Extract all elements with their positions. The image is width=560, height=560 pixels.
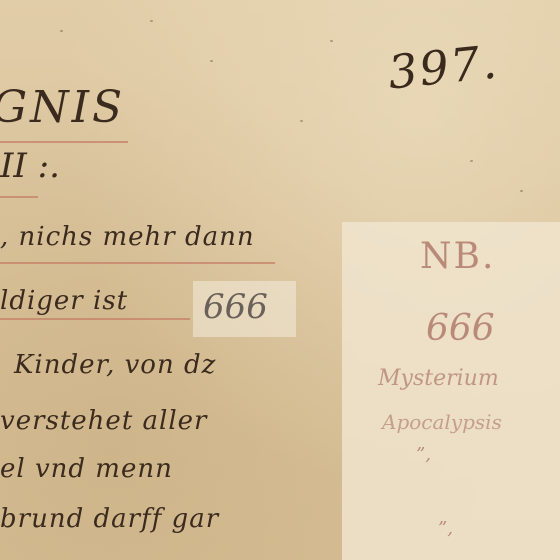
red-underline bbox=[0, 196, 38, 198]
manuscript-page: 397. GNIS II :. , nichs mehr dann ldiger… bbox=[0, 0, 560, 560]
text-line: brund darff gar bbox=[0, 504, 219, 534]
text-line: , nichs mehr dann bbox=[0, 222, 255, 252]
section-subheading: II :. bbox=[0, 146, 60, 186]
section-heading: GNIS bbox=[0, 82, 125, 133]
margin-number: 666 bbox=[426, 308, 495, 349]
inline-annotation-number: 666 bbox=[203, 287, 268, 327]
ditto-mark: ”, bbox=[438, 518, 453, 539]
paper-speck bbox=[300, 120, 303, 122]
margin-annotation-panel: NB. 666 Mysterium Apocalypsis ”, ”, bbox=[342, 222, 560, 560]
text-line: Kinder, von dz bbox=[14, 350, 216, 380]
inline-annotation-highlight: 666 bbox=[193, 281, 296, 337]
red-underline bbox=[0, 141, 128, 143]
paper-speck bbox=[210, 60, 213, 62]
text-line: ldiger ist bbox=[0, 286, 128, 316]
ditto-mark: ”, bbox=[416, 444, 431, 465]
paper-speck bbox=[150, 20, 153, 22]
paper-speck bbox=[330, 40, 333, 42]
paper-speck bbox=[470, 160, 473, 162]
red-underline bbox=[0, 262, 275, 264]
text-line: el vnd menn bbox=[0, 454, 173, 484]
margin-word-mysterium: Mysterium bbox=[378, 366, 499, 391]
nota-bene-mark: NB. bbox=[420, 236, 495, 277]
folio-number: 397. bbox=[385, 34, 500, 99]
margin-word-apocalypsis: Apocalypsis bbox=[382, 410, 502, 434]
paper-speck bbox=[520, 190, 523, 192]
red-underline bbox=[0, 318, 190, 320]
paper-speck bbox=[60, 30, 63, 32]
text-line: verstehet aller bbox=[0, 406, 207, 436]
